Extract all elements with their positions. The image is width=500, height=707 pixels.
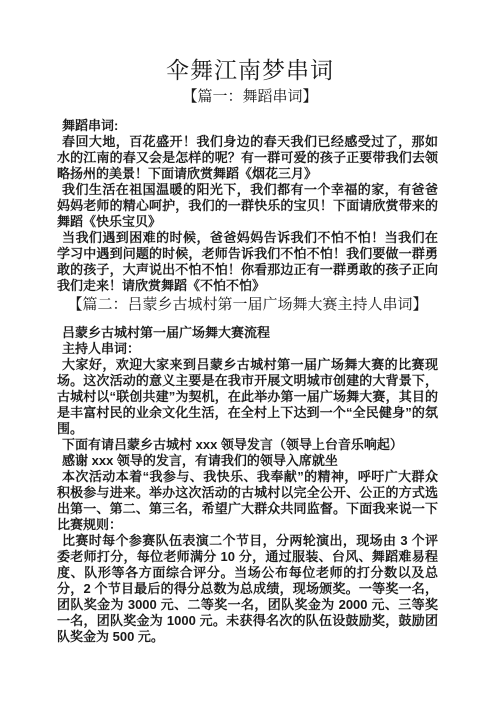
paragraph: 下面有请吕蒙乡古城村 xxx 领导发言（领导上台音乐响起）	[57, 437, 438, 453]
paragraph: 当我们遇到困难的时候，爸爸妈妈告诉我们不怕不怕！当我们在学习中遇到问题的时候，老…	[57, 230, 438, 294]
section-1-label: 舞蹈串词:	[57, 118, 438, 134]
section-2-heading: 【篇二：吕蒙乡古城村第一届广场舞大赛主持人串词】	[57, 296, 438, 315]
document-page: 伞舞江南梦串词 【篇一：舞蹈串词】 舞蹈串词: 春回大地，百花盛开！我们身边的春…	[0, 0, 500, 707]
section-2-label: 主持人串词：	[57, 341, 438, 357]
paragraph: 我们生活在祖国温暖的阳光下，我们都有一个幸福的家，有爸爸妈妈老师的精心呵护，我们…	[57, 182, 438, 230]
page-title: 伞舞江南梦串词	[0, 0, 500, 86]
document-body: 舞蹈串词: 春回大地，百花盛开！我们身边的春天我们已经感受过了，那如水的江南的春…	[57, 118, 438, 645]
section-2-subtitle: 吕蒙乡古城村第一届广场舞大赛流程	[57, 325, 438, 341]
paragraph: 感谢 xxx 领导的发言，有请我们的领导入席就坐	[57, 453, 438, 469]
paragraph: 大家好，欢迎大家来到吕蒙乡古城村第一届广场舞大赛的比赛现场。这次活动的意义主要是…	[57, 357, 438, 437]
section-1-heading: 【篇一：舞蹈串词】	[0, 88, 500, 107]
paragraph: 本次活动本着“我参与、我快乐、我奉献”的精神，呼吁广大群众积极参与进来。举办这次…	[57, 469, 438, 533]
paragraph: 春回大地，百花盛开！我们身边的春天我们已经感受过了，那如水的江南的春又会是怎样的…	[57, 134, 438, 182]
paragraph: 比赛时每个参赛队伍表演二个节目，分两轮演出，现场由 3 个评委老师打分，每位老师…	[57, 533, 438, 645]
